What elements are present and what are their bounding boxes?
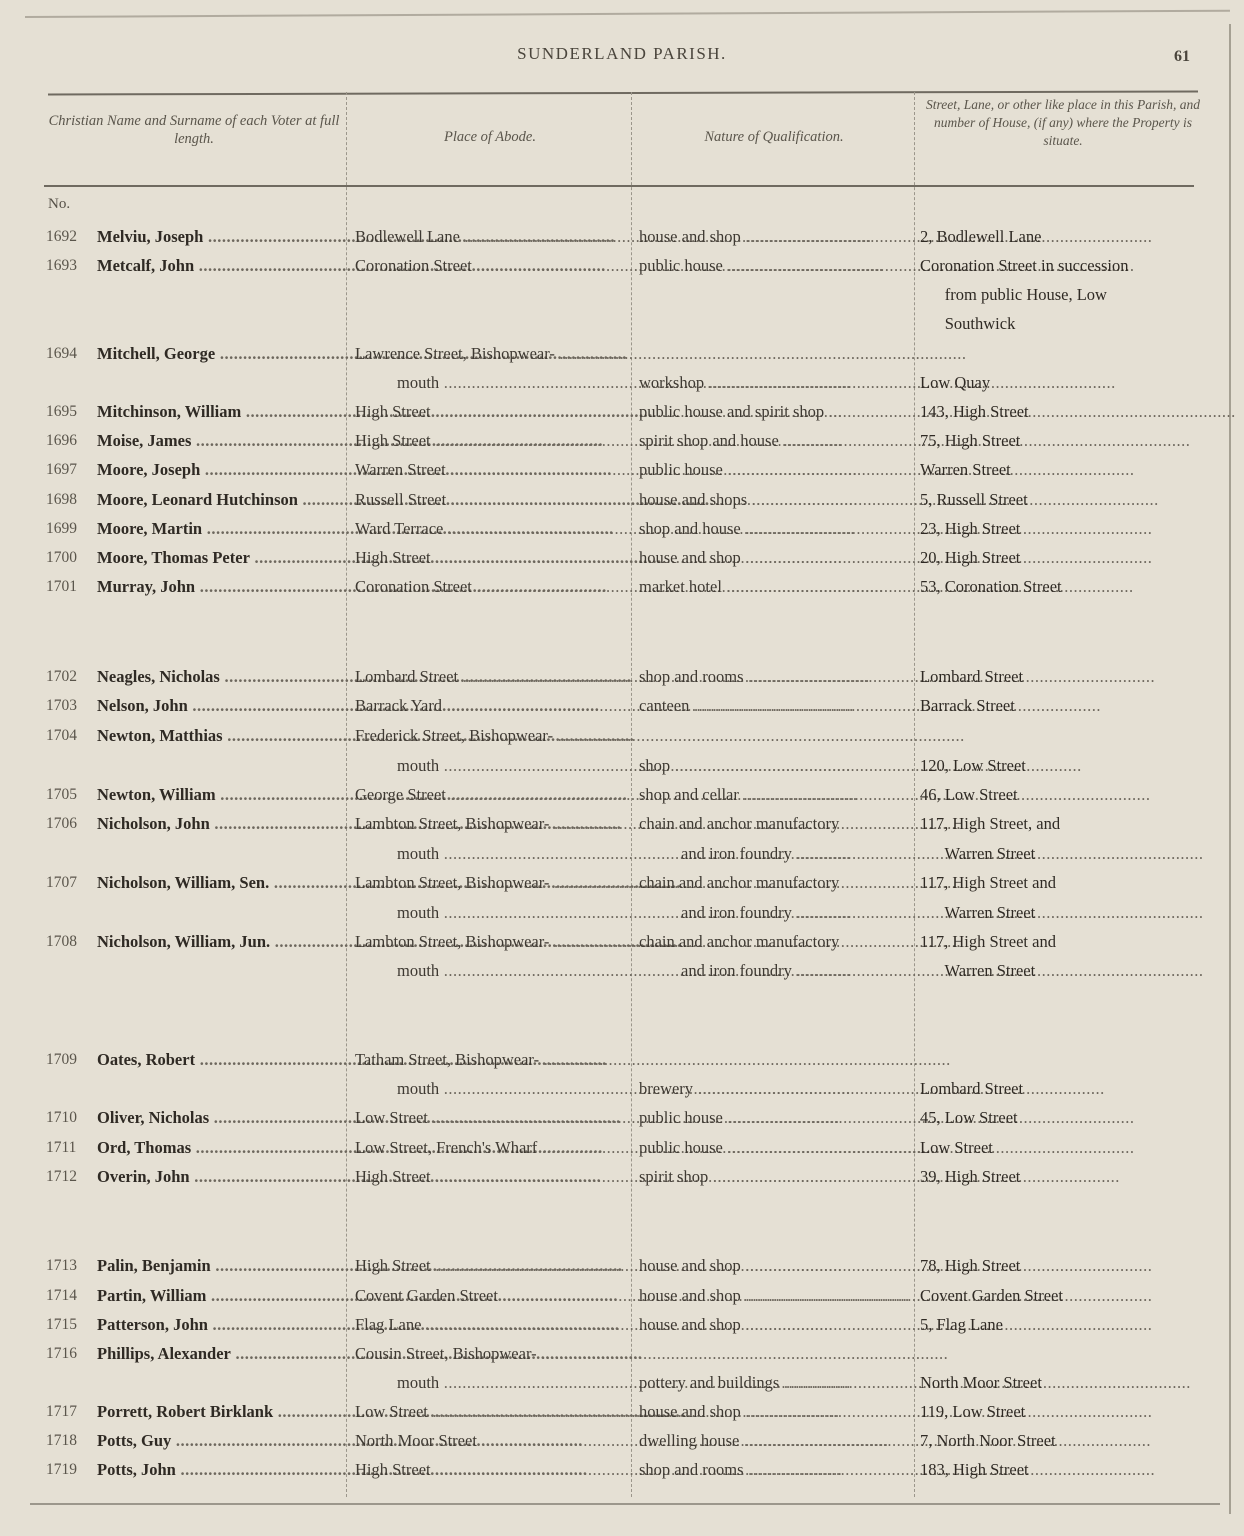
- nature-of-qualification: pottery and buildings: [639, 1368, 911, 1397]
- document-page: SUNDERLAND PARISH. 61 Christian Name and…: [0, 0, 1244, 1536]
- column-header-name: Christian Name and Surname of each Voter…: [44, 112, 344, 148]
- place-of-abode: mouth: [355, 1368, 627, 1397]
- place-of-abode: Lambton Street, Bishopwear-: [355, 927, 627, 956]
- property-location: 53, Coronation Street: [920, 572, 1210, 601]
- property-location: Low Street: [920, 1133, 1210, 1162]
- property-location: 78, High Street: [920, 1251, 1210, 1280]
- nature-of-qualification: shop and cellar: [639, 780, 911, 809]
- voter-name: Nicholson, John: [97, 809, 345, 838]
- nature-of-qualification: spirit shop and house: [639, 426, 911, 455]
- place-of-abode: mouth: [355, 368, 627, 397]
- voter-name: Oates, Robert: [97, 1045, 345, 1074]
- voter-number: 1719: [46, 1455, 96, 1484]
- place-of-abode: Lambton Street, Bishopwear-: [355, 809, 627, 838]
- voter-name: Moore, Thomas Peter: [97, 543, 345, 572]
- nature-of-qualification: house and shop: [639, 543, 911, 572]
- property-location: 120, Low Street: [920, 751, 1210, 780]
- place-of-abode: High Street: [355, 543, 627, 572]
- place-of-abode: Coronation Street: [355, 572, 627, 601]
- place-of-abode: Barrack Yard: [355, 691, 627, 720]
- column-header-property: Street, Lane, or other like place in thi…: [922, 96, 1204, 150]
- place-of-abode: Bodlewell Lane: [355, 222, 627, 251]
- voter-number: 1704: [46, 721, 96, 750]
- voter-name: Metcalf, John: [97, 251, 345, 280]
- voter-number: 1711: [46, 1133, 96, 1162]
- voter-name: Overin, John: [97, 1162, 345, 1191]
- voter-number: 1705: [46, 780, 96, 809]
- voter-name: Moore, Leonard Hutchinson: [97, 485, 345, 514]
- voter-name: Neagles, Nicholas: [97, 662, 345, 691]
- table-row: 1701Murray, JohnCoronation Streetmarket …: [0, 572, 1244, 601]
- voter-number: 1693: [46, 251, 96, 280]
- nature-of-qualification: spirit shop: [639, 1162, 911, 1191]
- place-of-abode: Russell Street: [355, 485, 627, 514]
- nature-of-qualification: and iron foundry: [639, 956, 911, 985]
- table-row: 1709Oates, RobertTatham Street, Bishopwe…: [0, 1045, 1244, 1074]
- voter-name: Murray, John: [97, 572, 345, 601]
- nature-of-qualification: public house: [639, 1133, 911, 1162]
- nature-of-qualification: house and shops: [639, 485, 911, 514]
- place-of-abode: Ward Terrace: [355, 514, 627, 543]
- nature-of-qualification: chain and anchor manufactory: [639, 927, 911, 956]
- table-row: mouthpottery and buildingsNorth Moor Str…: [0, 1368, 1244, 1397]
- property-location: 5, Russell Street: [920, 485, 1210, 514]
- place-of-abode: Lawrence Street, Bishopwear-: [355, 339, 627, 368]
- nature-of-qualification: house and shop: [639, 1251, 911, 1280]
- property-location: 119, Low Street: [920, 1397, 1210, 1426]
- voter-name: Porrett, Robert Birklank: [97, 1397, 345, 1426]
- table-row: 1707Nicholson, William, Sen.Lambton Stre…: [0, 868, 1244, 897]
- voter-number: 1699: [46, 514, 96, 543]
- table-row: Southwick: [0, 309, 1244, 338]
- place-of-abode: George Street: [355, 780, 627, 809]
- voter-number: 1700: [46, 543, 96, 572]
- voter-number: 1715: [46, 1310, 96, 1339]
- header-bottom-rule: [44, 185, 1194, 187]
- column-header-abode: Place of Abode.: [350, 128, 630, 146]
- table-row: 1708Nicholson, William, Jun.Lambton Stre…: [0, 927, 1244, 956]
- place-of-abode: Lambton Street, Bishopwear-: [355, 868, 627, 897]
- voter-name: Palin, Benjamin: [97, 1251, 345, 1280]
- table-row: 1712Overin, JohnHigh Streetspirit shop39…: [0, 1162, 1244, 1191]
- nature-of-qualification: house and shop: [639, 222, 911, 251]
- table-row: mouthand iron foundry Warren Street: [0, 956, 1244, 985]
- place-of-abode: Low Street: [355, 1103, 627, 1132]
- voter-number: 1702: [46, 662, 96, 691]
- property-location: 117, High Street, and: [920, 809, 1210, 838]
- voter-number: 1714: [46, 1281, 96, 1310]
- voter-name: Nicholson, William, Jun.: [97, 927, 345, 956]
- voter-number: 1701: [46, 572, 96, 601]
- table-row: 1715Patterson, JohnFlag Lanehouse and sh…: [0, 1310, 1244, 1339]
- nature-of-qualification: and iron foundry: [639, 898, 911, 927]
- place-of-abode: High Street: [355, 397, 627, 426]
- place-of-abode: mouth: [355, 1074, 627, 1103]
- voter-name: Moore, Martin: [97, 514, 345, 543]
- property-location: 117, High Street and: [920, 868, 1210, 897]
- voter-name: Newton, Matthias: [97, 721, 345, 750]
- table-row: 1718Potts, GuyNorth Moor Streetdwelling …: [0, 1426, 1244, 1455]
- property-location: 39, High Street: [920, 1162, 1210, 1191]
- table-row: 1696Moise, JamesHigh Streetspirit shop a…: [0, 426, 1244, 455]
- number-column-label: No.: [48, 196, 70, 213]
- table-row: 1692Melviu, JosephBodlewell Lanehouse an…: [0, 222, 1244, 251]
- voter-name: Ord, Thomas: [97, 1133, 345, 1162]
- place-of-abode: Tatham Street, Bishopwear-: [355, 1045, 627, 1074]
- nature-of-qualification: public house: [639, 251, 911, 280]
- property-location: 46, Low Street: [920, 780, 1210, 809]
- property-location: 117, High Street and: [920, 927, 1210, 956]
- voter-number: 1712: [46, 1162, 96, 1191]
- property-location: Southwick: [920, 309, 1210, 338]
- nature-of-qualification: public house: [639, 455, 911, 484]
- voter-name: Newton, William: [97, 780, 345, 809]
- property-location: 45, Low Street: [920, 1103, 1210, 1132]
- table-row: 1695Mitchinson, WilliamHigh Streetpublic…: [0, 397, 1244, 426]
- voter-name: Potts, Guy: [97, 1426, 345, 1455]
- voter-number: 1703: [46, 691, 96, 720]
- place-of-abode: High Street: [355, 1251, 627, 1280]
- place-of-abode: High Street: [355, 426, 627, 455]
- table-row: 1693Metcalf, JohnCoronation Streetpublic…: [0, 251, 1244, 280]
- property-location: 75, High Street: [920, 426, 1210, 455]
- voter-name: Potts, John: [97, 1455, 345, 1484]
- top-rule: [25, 10, 1230, 18]
- voter-number: 1713: [46, 1251, 96, 1280]
- nature-of-qualification: shop and house: [639, 514, 911, 543]
- voter-number: 1698: [46, 485, 96, 514]
- nature-of-qualification: house and shop: [639, 1281, 911, 1310]
- voter-name: Moore, Joseph: [97, 455, 345, 484]
- place-of-abode: Covent Garden Street: [355, 1281, 627, 1310]
- table-row: 1717Porrett, Robert BirklankLow Streetho…: [0, 1397, 1244, 1426]
- table-row: 1710Oliver, NicholasLow Streetpublic hou…: [0, 1103, 1244, 1132]
- table-row: 1702Neagles, NicholasLombard Streetshop …: [0, 662, 1244, 691]
- nature-of-qualification: shop: [639, 751, 911, 780]
- voter-number: 1708: [46, 927, 96, 956]
- property-location: Barrack Street: [920, 691, 1210, 720]
- voter-number: 1709: [46, 1045, 96, 1074]
- voter-name: Partin, William: [97, 1281, 345, 1310]
- table-row: mouthworkshopLow Quay: [0, 368, 1244, 397]
- property-location: Lombard Street: [920, 1074, 1210, 1103]
- voter-number: 1694: [46, 339, 96, 368]
- place-of-abode: High Street: [355, 1455, 627, 1484]
- place-of-abode: Cousin Street, Bishopwear-: [355, 1339, 627, 1368]
- table-row: 1713Palin, BenjaminHigh Streethouse and …: [0, 1251, 1244, 1280]
- nature-of-qualification: and iron foundry: [639, 839, 911, 868]
- nature-of-qualification: shop and rooms: [639, 662, 911, 691]
- property-location: Covent Garden Street: [920, 1281, 1210, 1310]
- nature-of-qualification: chain and anchor manufactory: [639, 809, 911, 838]
- voter-number: 1692: [46, 222, 96, 251]
- voter-name: Oliver, Nicholas: [97, 1103, 345, 1132]
- table-row: 1719Potts, JohnHigh Streetshop and rooms…: [0, 1455, 1244, 1484]
- nature-of-qualification: public house: [639, 1103, 911, 1132]
- place-of-abode: Warren Street: [355, 455, 627, 484]
- nature-of-qualification: dwelling house: [639, 1426, 911, 1455]
- table-row: 1700Moore, Thomas PeterHigh Streethouse …: [0, 543, 1244, 572]
- voter-number: 1710: [46, 1103, 96, 1132]
- table-row: 1694Mitchell, GeorgeLawrence Street, Bis…: [0, 339, 1244, 368]
- voter-name: Nicholson, William, Sen.: [97, 868, 345, 897]
- nature-of-qualification: canteen: [639, 691, 911, 720]
- table-row: 1699Moore, MartinWard Terraceshop and ho…: [0, 514, 1244, 543]
- voter-name: Mitchell, George: [97, 339, 345, 368]
- property-location: 183, High Street: [920, 1455, 1210, 1484]
- property-location: Coronation Street in succession: [920, 251, 1210, 280]
- nature-of-qualification: workshop: [639, 368, 911, 397]
- nature-of-qualification: shop and rooms: [639, 1455, 911, 1484]
- property-location: Lombard Street: [920, 662, 1210, 691]
- voter-number: 1706: [46, 809, 96, 838]
- place-of-abode: Frederick Street, Bishopwear-: [355, 721, 627, 750]
- nature-of-qualification: brewery: [639, 1074, 911, 1103]
- property-location: 23, High Street: [920, 514, 1210, 543]
- voter-name: Phillips, Alexander: [97, 1339, 345, 1368]
- voter-number: 1696: [46, 426, 96, 455]
- voter-name: Mitchinson, William: [97, 397, 345, 426]
- column-header-qualification: Nature of Qualification.: [634, 128, 914, 146]
- place-of-abode: mouth: [355, 956, 627, 985]
- property-location: Warren Street: [920, 898, 1210, 927]
- nature-of-qualification: chain and anchor manufactory: [639, 868, 911, 897]
- voter-number: 1717: [46, 1397, 96, 1426]
- property-location: 20, High Street: [920, 543, 1210, 572]
- table-row: 1706Nicholson, JohnLambton Street, Bisho…: [0, 809, 1244, 838]
- table-row: 1714Partin, WilliamCovent Garden Streeth…: [0, 1281, 1244, 1310]
- property-location: Warren Street: [920, 839, 1210, 868]
- voter-name: Moise, James: [97, 426, 345, 455]
- property-location: Warren Street: [920, 956, 1210, 985]
- nature-of-qualification: public house and spirit shop: [639, 397, 911, 426]
- table-row: 1703Nelson, JohnBarrack YardcanteenBarra…: [0, 691, 1244, 720]
- voter-number: 1718: [46, 1426, 96, 1455]
- place-of-abode: Low Street, French's Wharf: [355, 1133, 627, 1162]
- place-of-abode: mouth: [355, 898, 627, 927]
- table-row: 1704Newton, MatthiasFrederick Street, Bi…: [0, 721, 1244, 750]
- page-number: 61: [1174, 48, 1190, 66]
- nature-of-qualification: market hotel: [639, 572, 911, 601]
- nature-of-qualification: house and shop: [639, 1310, 911, 1339]
- place-of-abode: mouth: [355, 751, 627, 780]
- table-row: from public House, Low: [0, 280, 1244, 309]
- property-location: 2, Bodlewell Lane: [920, 222, 1210, 251]
- bottom-rule: [30, 1503, 1220, 1505]
- place-of-abode: High Street: [355, 1162, 627, 1191]
- property-location: from public House, Low: [920, 280, 1210, 309]
- place-of-abode: mouth: [355, 839, 627, 868]
- table-row: mouthbreweryLombard Street: [0, 1074, 1244, 1103]
- place-of-abode: North Moor Street: [355, 1426, 627, 1455]
- voter-number: 1716: [46, 1339, 96, 1368]
- place-of-abode: Coronation Street: [355, 251, 627, 280]
- property-location: 5, Flag Lane: [920, 1310, 1210, 1339]
- table-row: 1716Phillips, AlexanderCousin Street, Bi…: [0, 1339, 1244, 1368]
- table-row: mouthshop120, Low Street: [0, 751, 1244, 780]
- property-location: 143, High Street: [920, 397, 1210, 426]
- place-of-abode: Lombard Street: [355, 662, 627, 691]
- voter-number: 1697: [46, 455, 96, 484]
- property-location: 7, North Noor Street: [920, 1426, 1210, 1455]
- voter-number: 1707: [46, 868, 96, 897]
- place-of-abode: Low Street: [355, 1397, 627, 1426]
- place-of-abode: Flag Lane: [355, 1310, 627, 1339]
- voter-name: Patterson, John: [97, 1310, 345, 1339]
- table-row: 1697Moore, JosephWarren Streetpublic hou…: [0, 455, 1244, 484]
- property-location: Warren Street: [920, 455, 1210, 484]
- table-row: 1698Moore, Leonard HutchinsonRussell Str…: [0, 485, 1244, 514]
- property-location: Low Quay: [920, 368, 1210, 397]
- header-top-rule: [48, 90, 1198, 95]
- voter-name: Nelson, John: [97, 691, 345, 720]
- voter-name: Melviu, Joseph: [97, 222, 345, 251]
- voter-number: 1695: [46, 397, 96, 426]
- property-location: North Moor Street: [920, 1368, 1210, 1397]
- table-row: 1711Ord, ThomasLow Street, French's Whar…: [0, 1133, 1244, 1162]
- table-row: mouthand iron foundry Warren Street: [0, 898, 1244, 927]
- nature-of-qualification: house and shop: [639, 1397, 911, 1426]
- table-row: mouthand iron foundry Warren Street: [0, 839, 1244, 868]
- running-head: SUNDERLAND PARISH.: [0, 44, 1244, 64]
- table-row: 1705Newton, WilliamGeorge Streetshop and…: [0, 780, 1244, 809]
